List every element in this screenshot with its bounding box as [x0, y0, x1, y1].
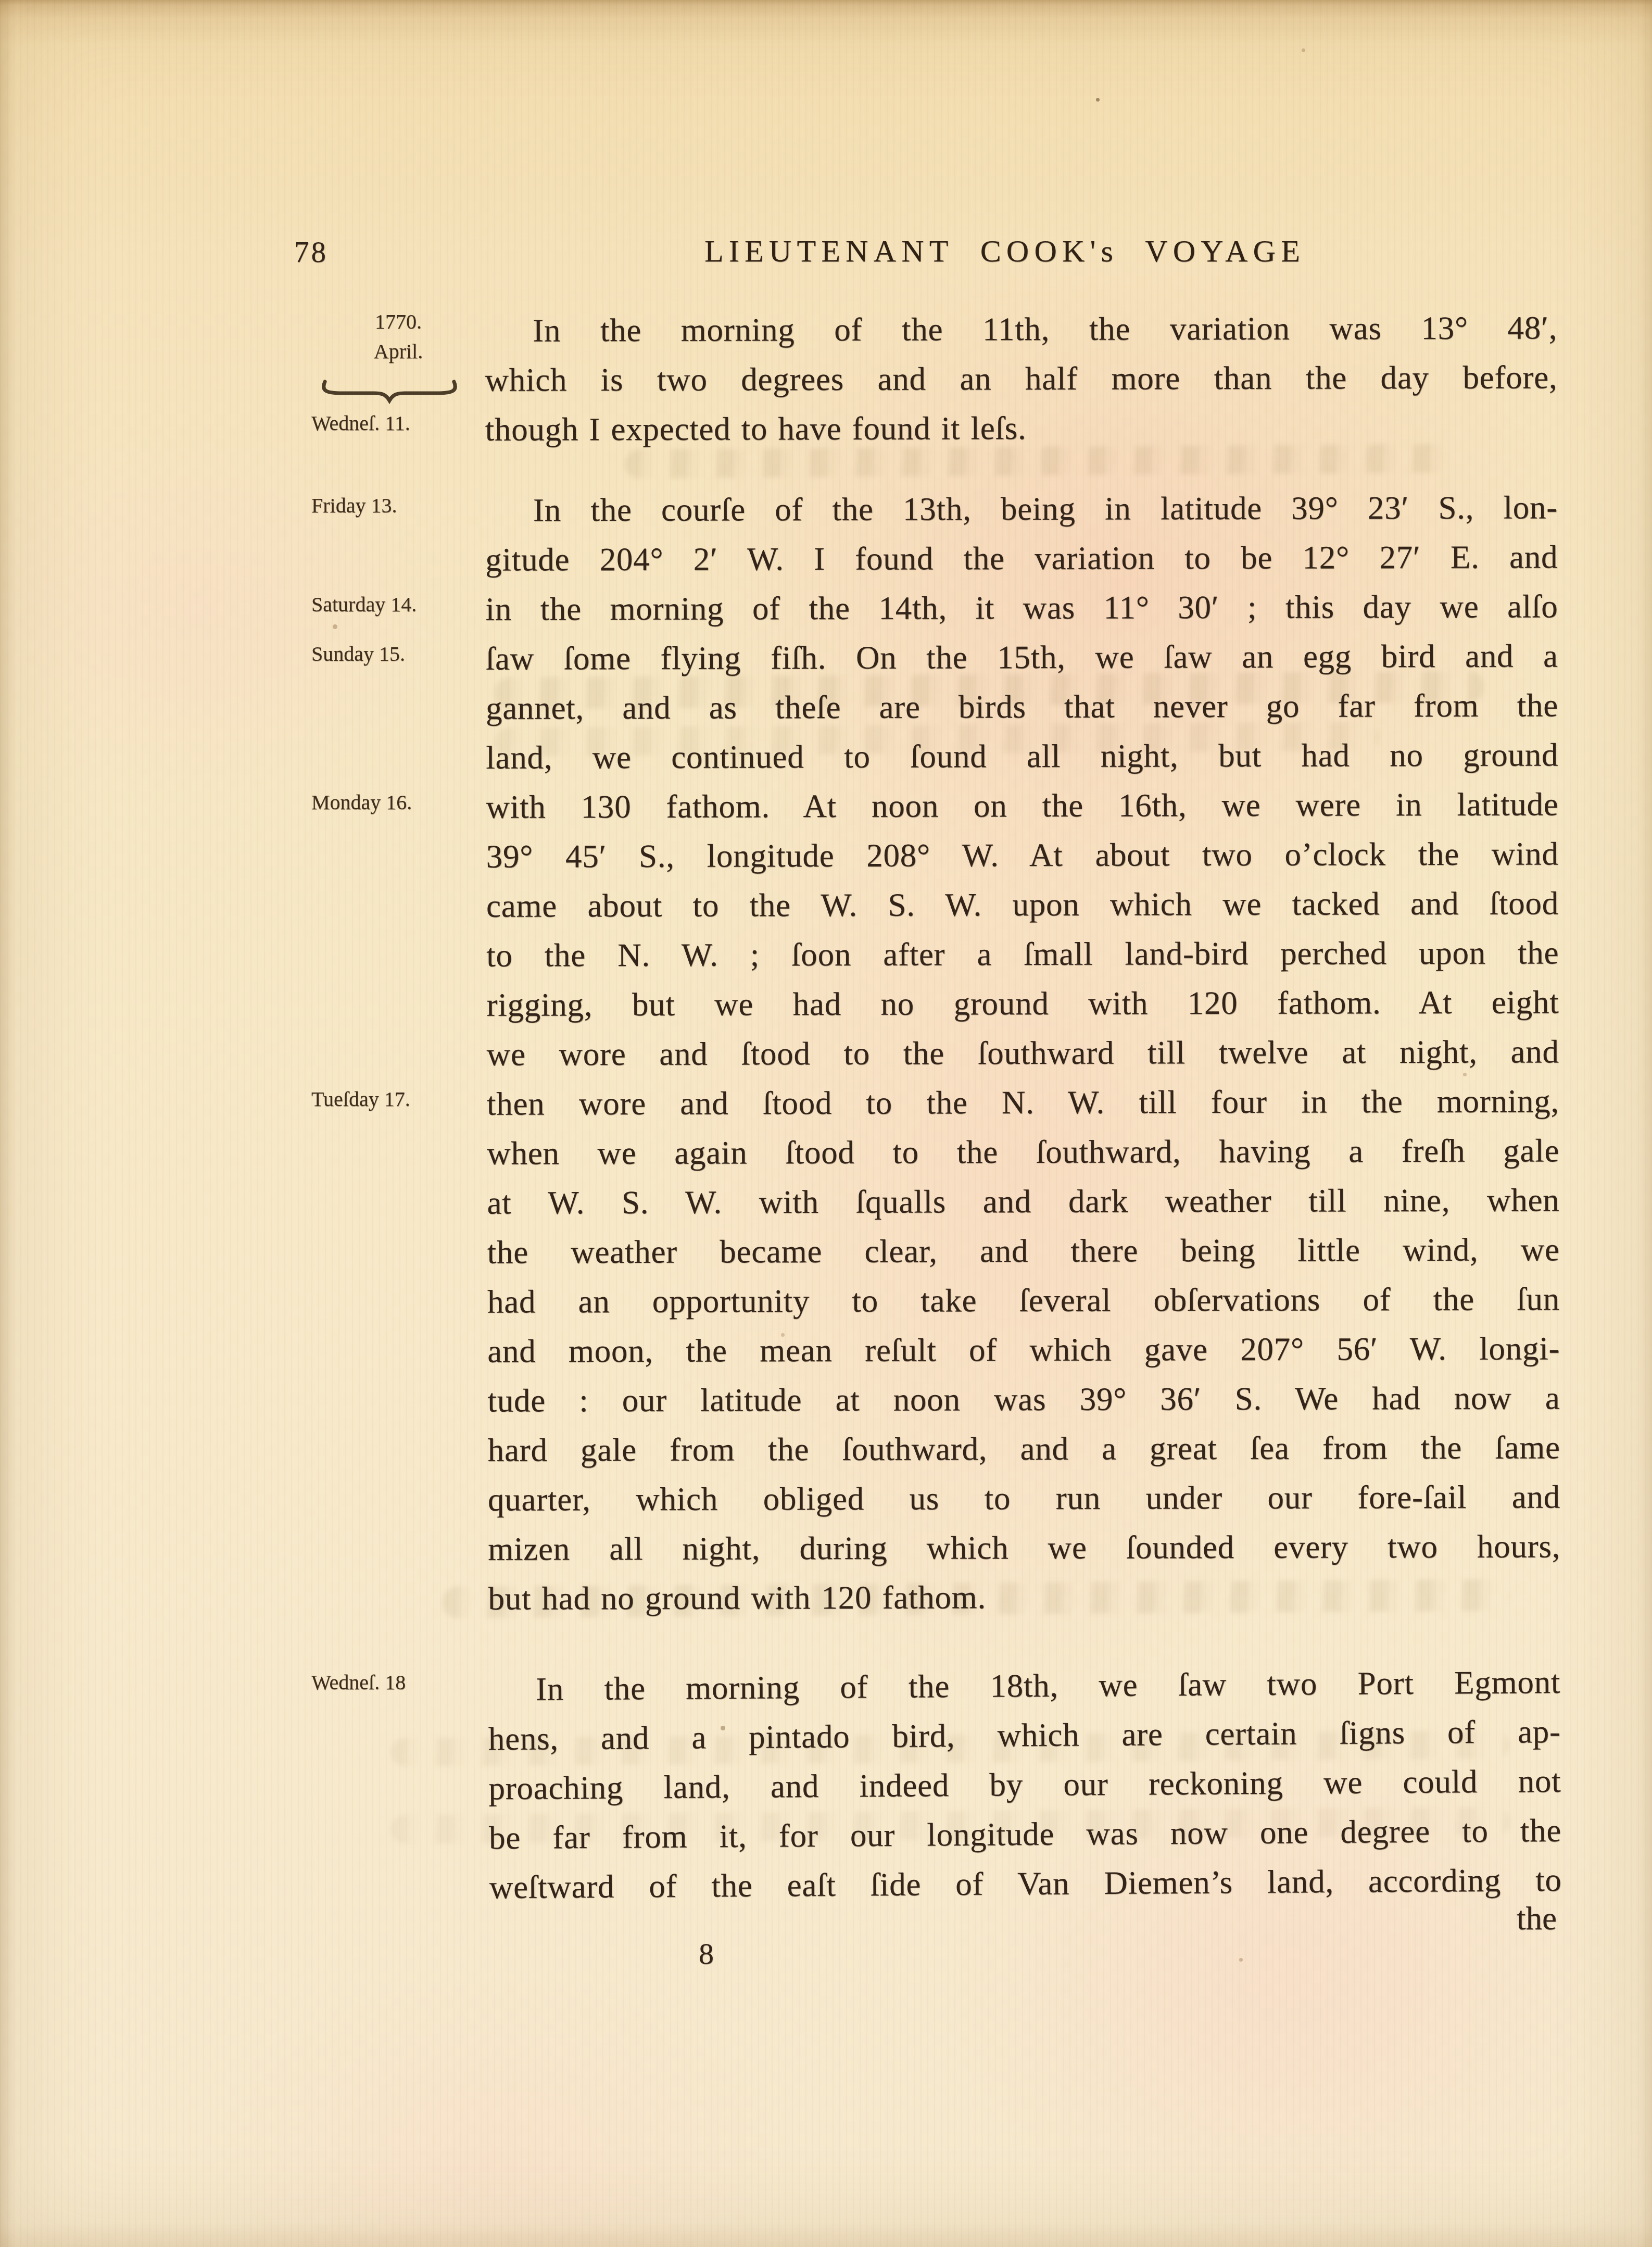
sidenote-day: Saturday 14.	[311, 593, 468, 617]
paragraph: In the morning of the 18th, we ſaw two P…	[488, 1658, 1562, 1912]
body-line: to the N. W. ; ſoon after a ſmall land-b…	[486, 928, 1559, 980]
horizontal-brace-icon	[319, 376, 460, 404]
book-page: 78 LIEUTENANT COOK's VOYAGE 1770. April.…	[0, 0, 1652, 2247]
body-text-column: In the morning of the 11th, the variatio…	[485, 303, 1561, 1910]
catchword: the	[1354, 1900, 1557, 1938]
date-range-brace	[319, 376, 460, 404]
body-line: quarter, which obliged us to run under o…	[488, 1472, 1560, 1524]
body-line: hens, and a pintado bird, which are cert…	[488, 1707, 1561, 1764]
sidenote-day: Wedneſ. 18	[311, 1671, 468, 1694]
body-line: mizen all night, during which we ſounded…	[488, 1522, 1560, 1574]
body-line: the weather became clear, and there bein…	[487, 1225, 1560, 1277]
body-line: hard gale from the ſouthward, and a grea…	[488, 1423, 1560, 1475]
body-line: gitude 204° 2′ W. I found the variation …	[485, 532, 1558, 584]
body-line: but had no ground with 120 fathom.	[488, 1571, 1560, 1623]
body-line: with 130 fathom. At noon on the 16th, we…	[486, 780, 1558, 832]
sidenote-day: Wedneſ. 11.	[311, 411, 468, 435]
body-line: when we again ſtood to the ſouthward, ha…	[487, 1126, 1559, 1178]
sidenote-day: Sunday 15.	[311, 642, 468, 666]
paragraph: In the morning of the 11th, the variatio…	[485, 303, 1558, 454]
sidenote-month: April.	[333, 340, 463, 363]
paper-specks	[1096, 98, 1100, 102]
body-line: be far from it, for our longitude was no…	[489, 1806, 1562, 1863]
sidenote-day: Friday 13.	[311, 494, 468, 518]
body-line: In the morning of the 11th, the variatio…	[485, 303, 1557, 355]
body-line: In the morning of the 18th, we ſaw two P…	[488, 1658, 1561, 1714]
body-line: In the courſe of the 13th, being in lati…	[485, 483, 1558, 535]
signature-mark: 8	[699, 1936, 714, 1971]
sidenote-day: Tueſday 17.	[311, 1087, 468, 1111]
body-line: then wore and ſtood to the N. W. till fo…	[487, 1076, 1559, 1128]
body-line: ſaw ſome flying fiſh. On the 15th, we ſa…	[486, 631, 1558, 683]
body-line: though I expected to have found it leſs.	[485, 402, 1557, 454]
body-line: land, we continued to ſound all night, b…	[486, 730, 1558, 782]
body-line: rigging, but we had no ground with 120 f…	[486, 977, 1559, 1030]
body-line: gannet, and as theſe are birds that neve…	[486, 681, 1558, 733]
sidenote-year: 1770.	[333, 310, 463, 334]
page-number: 78	[294, 235, 328, 269]
paragraph: In the courſe of the 13th, being in lati…	[485, 483, 1561, 1623]
body-line: came about to the W. S. W. upon which we…	[486, 878, 1559, 931]
body-line: tude : our latitude at noon was 39° 36′ …	[487, 1373, 1560, 1425]
body-line: which is two degrees and an half more th…	[485, 353, 1557, 405]
body-line: in the morning of the 14th, it was 11° 3…	[485, 582, 1558, 634]
body-line: proaching land, and indeed by our reckon…	[488, 1756, 1561, 1813]
body-line: at W. S. W. with ſqualls and dark weathe…	[487, 1175, 1559, 1227]
body-line: 39° 45′ S., longitude 208° W. At about t…	[486, 829, 1559, 881]
body-line: we wore and ſtood to the ſouthward till …	[487, 1027, 1559, 1079]
running-title: LIEUTENANT COOK's VOYAGE	[562, 233, 1447, 269]
sidenote-day: Monday 16.	[311, 790, 468, 814]
body-line: and moon, the mean reſult of which gave …	[487, 1324, 1560, 1376]
body-line: had an opportunity to take ſeveral obſer…	[487, 1274, 1560, 1326]
